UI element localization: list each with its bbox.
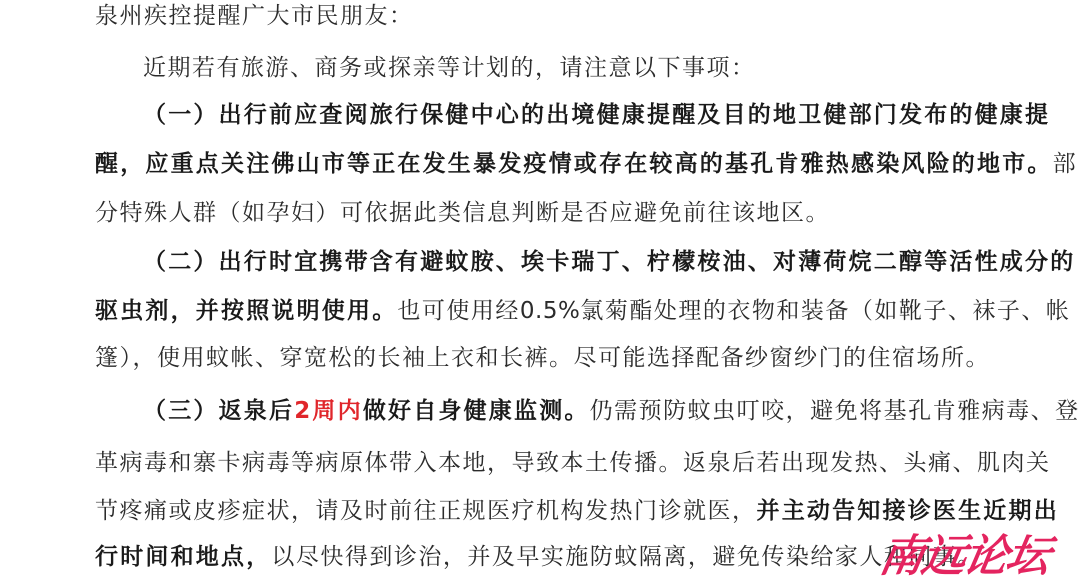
section-2-text: 氯菊酯处理的衣物和装备（如靴子、袜子、帐 (580, 298, 1070, 324)
section-3-text: 节疼痛或皮疹症状，请及时前往正规医疗机构发热门诊就医， (95, 498, 757, 524)
section-2-text: 篷），使用蚊帐、穿宽松的长袖上衣和长裤。尽可能选择配备纱窗纱门的住宿场所。 (95, 345, 990, 371)
section-1-text: 部 (1053, 151, 1078, 177)
section-2-line-3: 篷），使用蚊帐、穿宽松的长袖上衣和长裤。尽可能选择配备纱窗纱门的住宿场所。 (95, 343, 990, 373)
section-2-percentage: 0.5% (520, 298, 580, 324)
section-2-bold-text: 驱虫剂，并按照说明使用。 (95, 298, 397, 324)
site-watermark-logo: 南远论坛 (876, 532, 1080, 581)
section-1-text: 分特殊人群（如孕妇）可依据此类信息判断是否应避免前往该地区。 (95, 200, 830, 226)
salutation: 泉州疾控提醒广大市民朋友： (95, 1, 414, 31)
section-3-text: 仍需预防蚊虫叮咬，避免将基孔肯雅病毒、登 (590, 398, 1080, 424)
section-2-line-1: （二）出行时宜携带含有避蚊胺、埃卡瑞丁、柠檬桉油、对薄荷烷二醇等活性成分的 (143, 247, 1075, 277)
section-2-text: 也可使用经 (397, 298, 520, 324)
section-2-line-2: 驱虫剂，并按照说明使用。也可使用经0.5%氯菊酯处理的衣物和装备（如靴子、袜子、… (95, 296, 1070, 326)
section-3-bold-text: 并主动告知接诊医生近期出 (757, 498, 1059, 524)
section-3-text: 革病毒和寨卡病毒等病原体带入本地，导致本土传播。返泉后若出现发热、头痛、肌肉关 (95, 450, 1051, 476)
section-1-heading: （一）出行前应查阅旅行保健中心的出境健康提醒及目的地卫健部门发布的健康提 (143, 102, 1050, 128)
intro-text: 近期若有旅游、商务或探亲等计划的，请注意以下事项： (143, 55, 756, 81)
salutation-text: 泉州疾控提醒广大市民朋友： (95, 3, 414, 29)
section-3-line-3: 节疼痛或皮疹症状，请及时前往正规医疗机构发热门诊就医，并主动告知接诊医生近期出 (95, 496, 1059, 526)
section-3-heading-cont: 做好自身健康监测。 (363, 398, 590, 424)
section-3-line-2: 革病毒和寨卡病毒等病原体带入本地，导致本土传播。返泉后若出现发热、头痛、肌肉关 (95, 448, 1051, 478)
section-2-heading: （二）出行时宜携带含有避蚊胺、埃卡瑞丁、柠檬桉油、对薄荷烷二醇等活性成分的 (143, 249, 1075, 275)
section-3-line-4: 行时间和地点，以尽快得到诊治，并及早实施防蚊隔离，避免传染给家人和同事。 (95, 542, 982, 572)
section-1-line-1: （一）出行前应查阅旅行保健中心的出境健康提醒及目的地卫健部门发布的健康提 (143, 100, 1050, 130)
section-1-line-2: 醒，应重点关注佛山市等正在发生暴发疫情或存在较高的基孔肯雅热感染风险的地市。部 (95, 149, 1077, 179)
section-3-highlight-duration: 2周内 (294, 398, 363, 424)
section-3-heading: （三）返泉后 (143, 398, 294, 424)
watermark-text: 南远论坛 (876, 532, 1053, 581)
section-1-line-3: 分特殊人群（如孕妇）可依据此类信息判断是否应避免前往该地区。 (95, 198, 830, 228)
section-3-text: 以尽快得到诊治，并及早实施防蚊隔离，避免传染给家人和同事。 (271, 544, 982, 570)
section-3-line-1: （三）返泉后2周内做好自身健康监测。仍需预防蚊虫叮咬，避免将基孔肯雅病毒、登 (143, 396, 1080, 426)
section-3-bold-text: 行时间和地点， (95, 544, 271, 570)
section-1-bold-text: 醒，应重点关注佛山市等正在发生暴发疫情或存在较高的基孔肯雅热感染风险的地市。 (95, 151, 1053, 177)
intro-paragraph: 近期若有旅游、商务或探亲等计划的，请注意以下事项： (143, 53, 756, 83)
